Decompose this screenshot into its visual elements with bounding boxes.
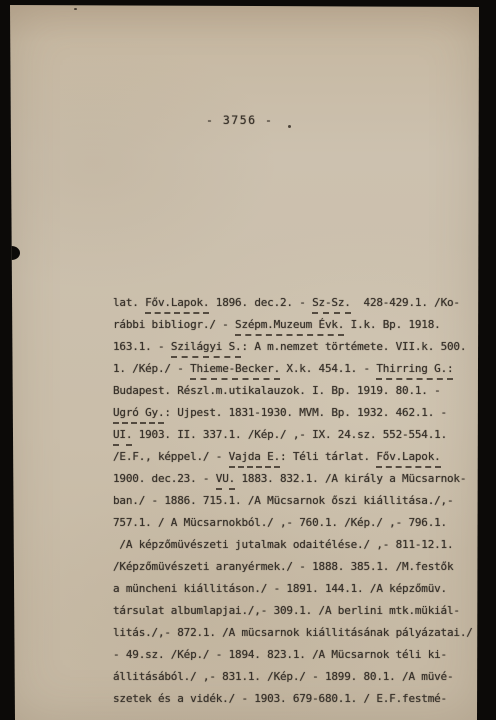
text-segment: 163.1. - xyxy=(113,340,171,353)
text-segment: 1896. dec.2. - xyxy=(209,296,312,309)
text-segment: 757.1. / A Mücsarnokból./ ,- 760.1. /Kép… xyxy=(113,516,447,529)
text-block: lat. Főv.Lapok. 1896. dec.2. - Sz-Sz. 42… xyxy=(113,292,473,710)
text-segment: társulat albumlapjai./,- 309.1. /A berli… xyxy=(113,604,460,617)
page-number: - 3756 - xyxy=(206,113,273,127)
text-line: - 49.sz. /Kép./ - 1894. 823.1. /A Mücsar… xyxy=(113,644,473,666)
text-line: 1900. dec.23. - VU. 1883. 832.1. /A kirá… xyxy=(113,468,473,490)
text-line: rábbi bibliogr./ - Szépm.Muzeum Évk. I.k… xyxy=(113,314,473,336)
text-line: /A képzőmüvészeti jutalmak odaitélése./ … xyxy=(113,534,473,556)
text-line: UI. 1903. II. 337.1. /Kép./ ,- IX. 24.sz… xyxy=(113,424,473,446)
text-segment: Budapest. Részl.m.utikalauzok. I. Bp. 19… xyxy=(113,384,441,397)
text-line: 1. /Kép./ - Thieme-Becker. X.k. 454.1. -… xyxy=(113,358,473,380)
text-line: társulat albumlapjai./,- 309.1. /A berli… xyxy=(113,600,473,622)
text-segment: litás./,- 872.1. /A mücsarnok kiállitásá… xyxy=(113,626,473,639)
text-line: Ugró Gy.: Ujpest. 1831-1930. MVM. Bp. 19… xyxy=(113,402,473,424)
underlined-citation: Vajda E. xyxy=(229,450,280,468)
document-page: - 3756 - lat. Főv.Lapok. 1896. dec.2. - … xyxy=(10,5,479,720)
text-segment: : Téli tárlat. xyxy=(280,450,376,463)
text-segment: 1903. II. 337.1. /Kép./ ,- IX. 24.sz. 55… xyxy=(132,428,447,441)
text-line: állitásából./ ,- 831.1. /Kép./ - 1899. 8… xyxy=(113,666,473,688)
text-segment: 1900. dec.23. - xyxy=(113,472,216,485)
text-segment: /Képzőmüvészeti aranyérmek./ - 1888. 385… xyxy=(113,560,453,573)
text-segment: 428-429.1. /Ko- xyxy=(351,296,460,309)
text-segment: I.k. Bp. 1918. xyxy=(344,318,440,331)
text-line: lat. Főv.Lapok. 1896. dec.2. - Sz-Sz. 42… xyxy=(113,292,473,314)
text-line: /Képzőmüvészeti aranyérmek./ - 1888. 385… xyxy=(113,556,473,578)
underlined-citation: Sz-Sz. xyxy=(312,296,351,314)
underlined-citation: UI. xyxy=(113,428,132,446)
text-segment: rábbi bibliogr./ - xyxy=(113,318,235,331)
text-segment: : Ujpest. 1831-1930. MVM. Bp. 1932. 462.… xyxy=(164,406,447,419)
underlined-citation: Thieme-Becker. xyxy=(190,362,280,380)
underlined-citation: Ugró Gy. xyxy=(113,406,164,424)
text-segment: a müncheni kiállitáson./ - 1891. 144.1. … xyxy=(113,582,447,595)
paper-speck xyxy=(288,125,291,128)
text-line: 163.1. - Szilágyi S.: A m.nemzet törtéme… xyxy=(113,336,473,358)
text-line: 757.1. / A Mücsarnokból./ ,- 760.1. /Kép… xyxy=(113,512,473,534)
text-line: litás./,- 872.1. /A mücsarnok kiállitásá… xyxy=(113,622,473,644)
text-segment: állitásából./ ,- 831.1. /Kép./ - 1899. 8… xyxy=(113,670,453,683)
scan-background: { "colors": { "scan_border": "#0c0a08", … xyxy=(0,0,496,720)
text-segment: lat. xyxy=(113,296,145,309)
underlined-citation: VU. xyxy=(216,472,235,490)
underlined-citation: Szépm.Muzeum Évk. xyxy=(235,318,344,336)
text-segment: - 49.sz. /Kép./ - 1894. 823.1. /A Mücsar… xyxy=(113,648,447,661)
text-line: /E.F., képpel./ - Vajda E.: Téli tárlat.… xyxy=(113,446,473,468)
text-segment: 1. /Kép./ - xyxy=(113,362,190,375)
text-line: Budapest. Részl.m.utikalauzok. I. Bp. 19… xyxy=(113,380,473,402)
text-segment: X.k. 454.1. - xyxy=(280,362,376,375)
punch-hole xyxy=(3,246,20,260)
underlined-citation: Főv.Lapok. xyxy=(145,296,209,314)
text-segment: : A m.nemzet törtémete. VII.k. 500. xyxy=(241,340,466,353)
paper-speck xyxy=(74,8,77,10)
text-segment: ban./ - 1886. 715.1. /A Mücsarnok őszi k… xyxy=(113,494,453,507)
underlined-citation: Szilágyi S. xyxy=(171,340,242,358)
text-segment: /E.F., képpel./ - xyxy=(113,450,229,463)
text-line: szetek és a vidék./ - 1903. 679-680.1. /… xyxy=(113,688,473,710)
text-line: a müncheni kiállitáson./ - 1891. 144.1. … xyxy=(113,578,473,600)
text-segment: /A képzőmüvészeti jutalmak odaitélése./ … xyxy=(113,538,453,551)
underlined-citation: Thirring G.: xyxy=(376,362,453,380)
text-segment: 1883. 832.1. /A király a Mücsarnok- xyxy=(235,472,466,485)
underlined-citation: Főv.Lapok. xyxy=(376,450,440,468)
text-line: ban./ - 1886. 715.1. /A Mücsarnok őszi k… xyxy=(113,490,473,512)
text-segment: szetek és a vidék./ - 1903. 679-680.1. /… xyxy=(113,692,447,705)
